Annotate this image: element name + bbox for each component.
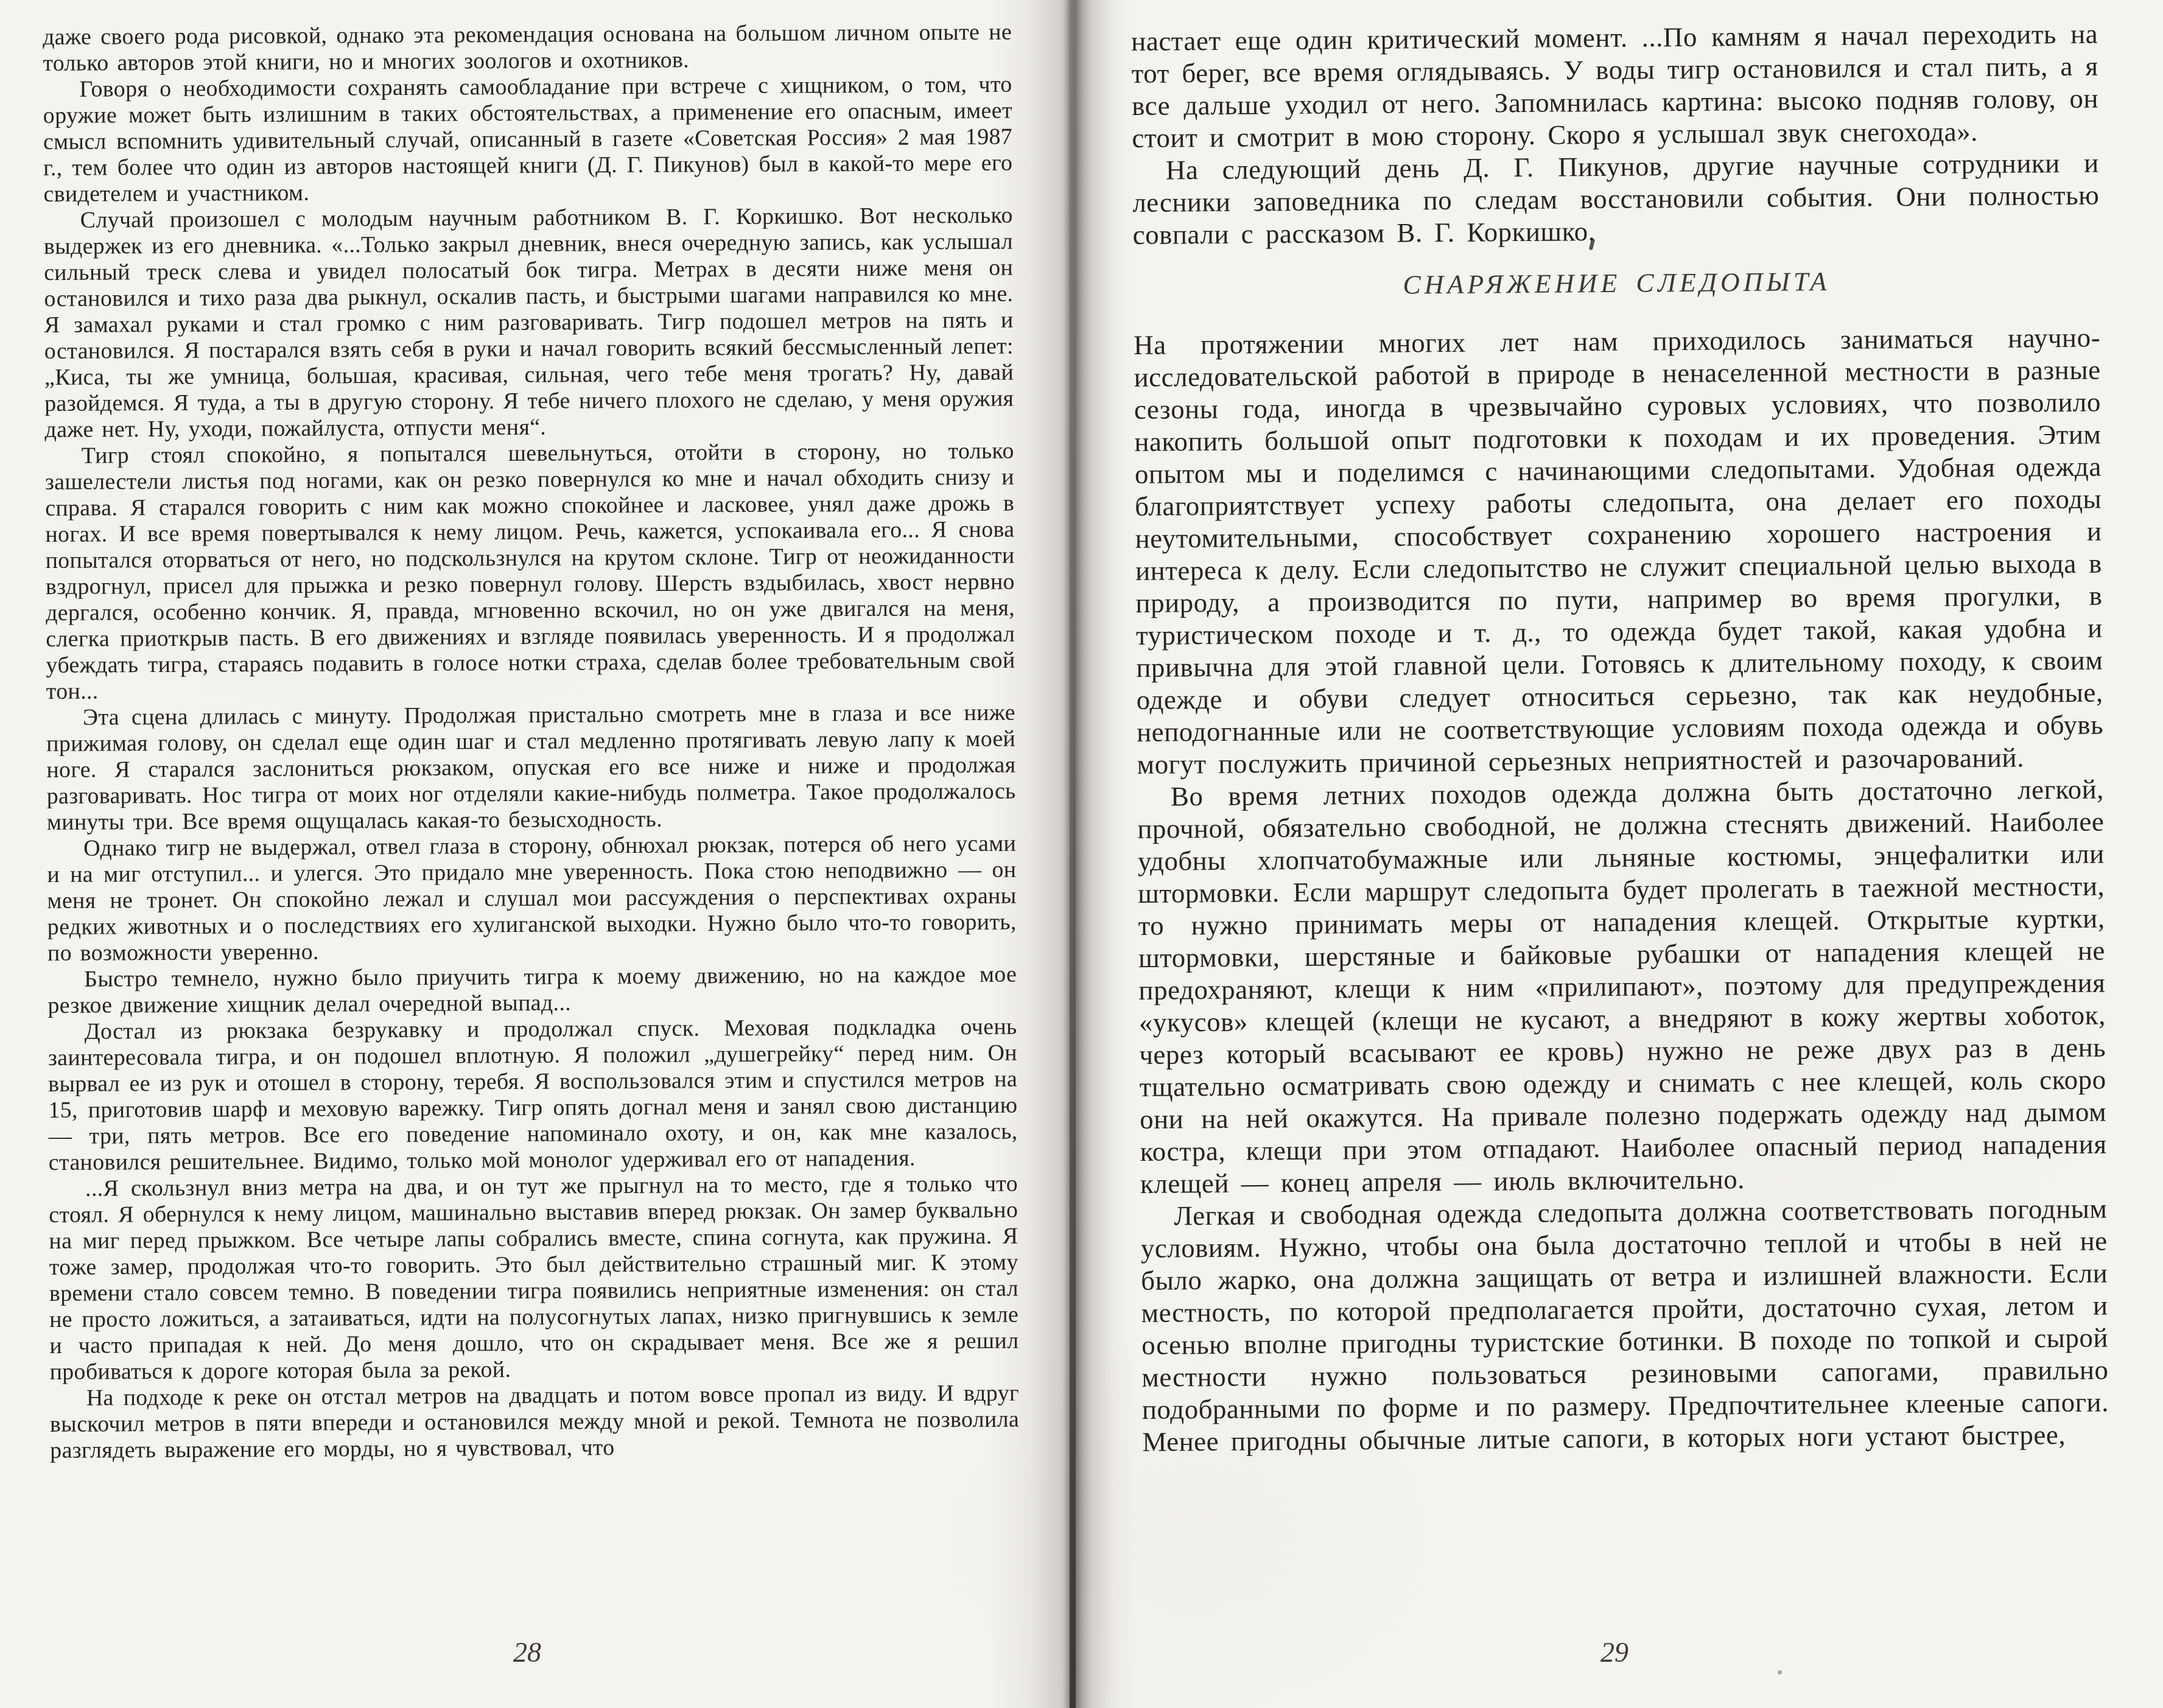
paragraph: Во время летних походов одежда должна бы… xyxy=(1137,773,2107,1200)
paragraph: На протяжении многих лет нам приходилось… xyxy=(1134,322,2104,781)
paragraph: даже своего рода рисовкой, однако эта ре… xyxy=(43,19,1012,77)
right-page: настает еще один критический момент. ...… xyxy=(1131,18,2109,1458)
paragraph: настает еще один критический момент. ...… xyxy=(1131,18,2099,155)
paragraph: ...Я скользнул вниз метра на два, и он т… xyxy=(49,1171,1019,1385)
paragraph: На подходе к реке он отстал метров на дв… xyxy=(50,1381,1020,1464)
paragraph: Быстро темнело, нужно было приучить тигр… xyxy=(47,962,1017,1019)
paragraph: Эта сцена длилась с минуту. Продолжая пр… xyxy=(46,700,1016,836)
section-heading: СНАРЯЖЕНИЕ СЛЕДОПЫТА xyxy=(1133,265,2100,303)
page-number-left: 28 xyxy=(43,1636,1012,1668)
paragraph: Однако тигр не выдержал, отвел глаза в с… xyxy=(47,831,1017,967)
left-page: даже своего рода рисовкой, однако эта ре… xyxy=(43,19,1019,1464)
paragraph: Говоря о необходимости сохранять самообл… xyxy=(43,72,1012,208)
paragraph: Тигр стоял спокойно, я попытался шевельн… xyxy=(45,438,1015,705)
scan-dot xyxy=(1778,1670,1782,1675)
page-number-right: 29 xyxy=(1131,1636,2098,1668)
paragraph: Легкая и свободная одежда следопыта долж… xyxy=(1140,1192,2109,1458)
right-page-body: На протяжении многих лет нам приходилось… xyxy=(1134,322,2109,1458)
right-page-intro: настает еще один критический момент. ...… xyxy=(1131,18,2100,251)
paragraph: Случай произошел с молодым научным работ… xyxy=(44,203,1014,443)
paragraph: Достал из рюкзака безрукавку и продолжал… xyxy=(48,1014,1018,1176)
paragraph: На следующий день Д. Г. Пикунов, другие … xyxy=(1132,147,2100,251)
spine-crease xyxy=(1070,0,1076,1708)
